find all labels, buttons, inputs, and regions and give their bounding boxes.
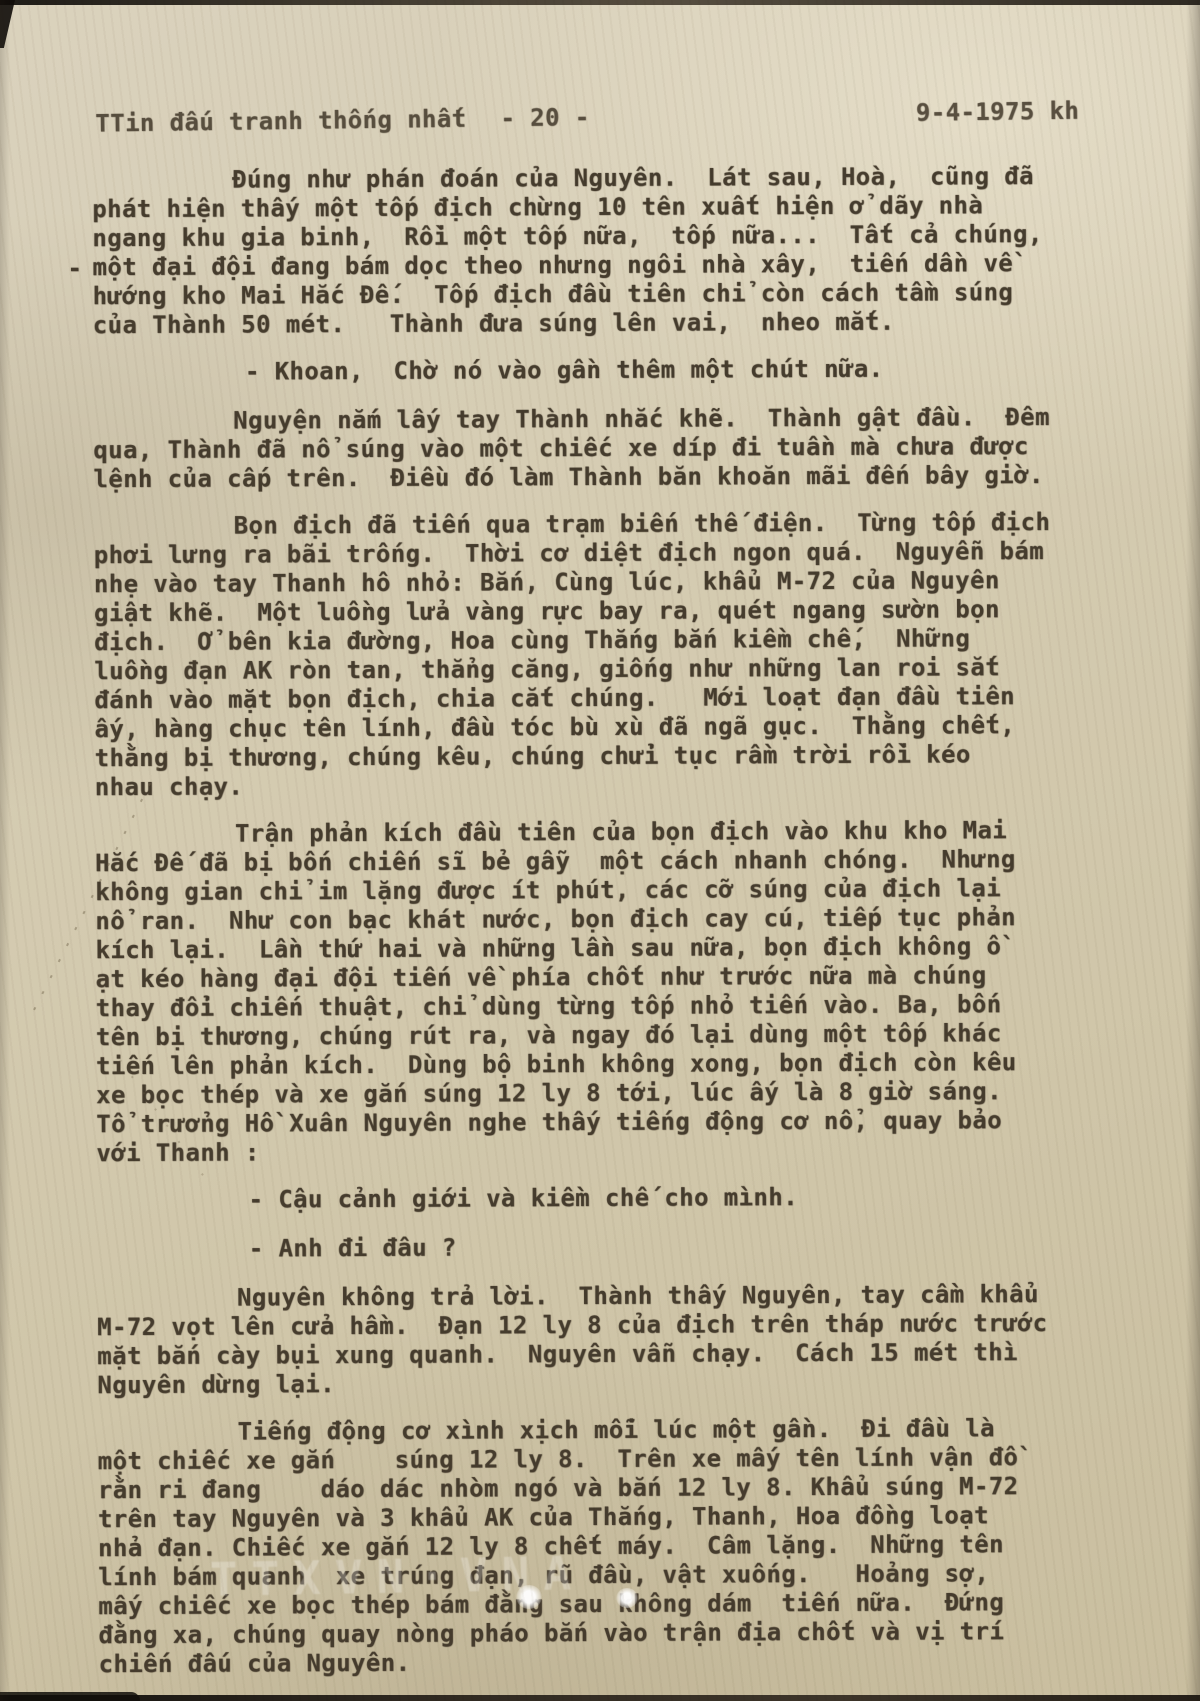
text-line: ạt kéo hàng đại đội tiến về phía chốt nh… bbox=[96, 961, 1121, 994]
header-spacer bbox=[590, 121, 916, 125]
text-line: một đại đội đang bám dọc theo nhưng ngôi… bbox=[92, 249, 1117, 282]
text-line: trên tay Nguyên và 3 khẩu AK của Thắng, … bbox=[98, 1501, 1123, 1534]
text-line: chiến đấu của Nguyên. bbox=[99, 1646, 1124, 1679]
text-line: ngang khu gia binh, Rồi một tốp nữa, tốp… bbox=[92, 220, 1117, 253]
text-line: - Cậu cảnh giới và kiềm chế cho mình. bbox=[97, 1182, 1122, 1215]
text-line: đánh vào mặt bọn địch, chia cắt chúng. M… bbox=[94, 682, 1119, 715]
paragraph: Đúng như phán đoán của Nguyên. Lát sau, … bbox=[92, 162, 1118, 340]
text-line: tên bị thương, chúng rút ra, và ngay đó … bbox=[96, 1019, 1121, 1052]
glare-spot bbox=[616, 1588, 638, 1608]
margin-dash-artifact: - bbox=[67, 254, 82, 282]
text-line: - Khoan, Chờ nó vào gần thêm một chút nữ… bbox=[93, 354, 1118, 387]
paragraph: Nguyên không trả lời. Thành thấy Nguyên,… bbox=[97, 1280, 1122, 1400]
header-page-number: - 20 - bbox=[500, 102, 589, 133]
text-line: phát hiện thấy một tốp địch chừng 10 tên… bbox=[92, 191, 1117, 224]
text-line: nổ ran. Như con bạc khát nước, bọn địch … bbox=[95, 903, 1120, 936]
text-line: Trận phản kích đầu tiên của bọn địch vào… bbox=[95, 816, 1120, 849]
text-line: M-72 vọt lên cửa hầm. Đạn 12 ly 8 của đị… bbox=[97, 1309, 1122, 1342]
news-agency-watermark: TTXVN·VNA bbox=[209, 1543, 770, 1633]
text-line: ấy, hàng chục tên lính, đầu tóc bù xù đã… bbox=[94, 711, 1119, 744]
document-content: TTin đấu tranh thống nhất - 20 - 9-4-197… bbox=[0, 0, 1200, 1680]
text-line: của Thành 50 mét. Thành đưa súng lên vai… bbox=[93, 307, 1118, 340]
paragraph: Bọn địch đã tiến qua trạm biến thế điện.… bbox=[94, 508, 1120, 802]
text-line: - Anh đi đâu ? bbox=[97, 1231, 1122, 1264]
text-line: rằn ri đang dáo dác nhòm ngó và bắn 12 l… bbox=[98, 1472, 1123, 1505]
text-line: giật khẽ. Một luồng lửa vàng rực bay ra,… bbox=[94, 595, 1119, 628]
scan-edge-top bbox=[0, 0, 1200, 5]
scan-shadow-left bbox=[0, 0, 10, 1701]
text-line: thay đổi chiến thuật, chỉ dùng từng tốp … bbox=[96, 990, 1121, 1023]
text-line: thằng bị thương, chúng kêu, chúng chửi t… bbox=[95, 740, 1120, 773]
text-line: với Thanh : bbox=[96, 1135, 1121, 1168]
text-line: phơi lưng ra bãi trống. Thời cơ diệt địc… bbox=[94, 537, 1119, 570]
scan-shadow-right bbox=[1186, 0, 1200, 1701]
dialogue-paragraph: - Khoan, Chờ nó vào gần thêm một chút nữ… bbox=[93, 354, 1118, 387]
dialogue-paragraph: - Anh đi đâu ? bbox=[97, 1231, 1122, 1264]
text-line: qua, Thành đã nổ súng vào một chiếc xe d… bbox=[93, 432, 1118, 465]
text-line: Đúng như phán đoán của Nguyên. Lát sau, … bbox=[92, 162, 1117, 195]
scan-corner-bottom-left bbox=[0, 1692, 140, 1701]
text-line: mặt bắn cày bụi xung quanh. Nguyên vẫn c… bbox=[97, 1338, 1122, 1371]
text-line: Tiếng động cơ xình xịch mỗi lúc một gần.… bbox=[98, 1414, 1123, 1447]
scanned-document-page: TTin đấu tranh thống nhất - 20 - 9-4-197… bbox=[0, 0, 1200, 1701]
document-header: TTin đấu tranh thống nhất - 20 - 9-4-197… bbox=[0, 0, 1197, 140]
text-line: Nguyên dừng lại. bbox=[97, 1367, 1122, 1400]
paragraph: Nguyện nắm lấy tay Thành nhắc khẽ. Thành… bbox=[93, 403, 1118, 494]
text-line: hướng kho Mai Hắc Đế. Tốp địch đầu tiên … bbox=[93, 278, 1118, 311]
text-line: một chiếc xe gắn súng 12 ly 8. Trên xe m… bbox=[98, 1443, 1123, 1476]
text-line: Hắc Đế đã bị bốn chiến sĩ bẻ gẫy một các… bbox=[95, 845, 1120, 878]
text-line: xe bọc thép và xe gắn súng 12 ly 8 tới, … bbox=[96, 1077, 1121, 1110]
header-title: TTin đấu tranh thống nhất bbox=[95, 104, 467, 139]
text-line: Tổ trưởng Hồ Xuân Nguyên nghe thấy tiếng… bbox=[96, 1106, 1121, 1139]
text-line: lệnh của cấp trên. Điều đó làm Thành băn… bbox=[93, 461, 1118, 494]
text-line: Nguyện nắm lấy tay Thành nhắc khẽ. Thành… bbox=[93, 403, 1118, 436]
text-line: Bọn địch đã tiến qua trạm biến thế điện.… bbox=[94, 508, 1119, 541]
text-line: tiến lên phản kích. Dùng bộ binh không x… bbox=[96, 1048, 1121, 1081]
document-body: Đúng như phán đoán của Nguyên. Lát sau, … bbox=[0, 129, 1200, 1679]
glare-spot bbox=[516, 1585, 542, 1609]
text-line: nhau chạy. bbox=[95, 769, 1120, 802]
scan-edge-bottom bbox=[0, 1695, 1200, 1701]
text-line: không gian chỉ im lặng được ít phút, các… bbox=[95, 874, 1120, 907]
text-line: nhẹ vào tay Thanh hô nhỏ: Bắn, Cùng lúc,… bbox=[94, 566, 1119, 599]
paragraph: Trận phản kích đầu tiên của bọn địch vào… bbox=[95, 816, 1122, 1168]
header-date: 9-4-1975 kh bbox=[916, 96, 1080, 128]
text-line: Nguyên không trả lời. Thành thấy Nguyên,… bbox=[97, 1280, 1122, 1313]
text-line: kích lại. Lần thứ hai và những lần sau n… bbox=[95, 932, 1120, 965]
text-line: địch. Ở bên kia đường, Hoa cùng Thắng bắ… bbox=[94, 624, 1119, 657]
text-line: luồng đạn AK ròn tan, thẳng căng, giống … bbox=[94, 653, 1119, 686]
dialogue-paragraph: - Cậu cảnh giới và kiềm chế cho mình. bbox=[97, 1182, 1122, 1215]
